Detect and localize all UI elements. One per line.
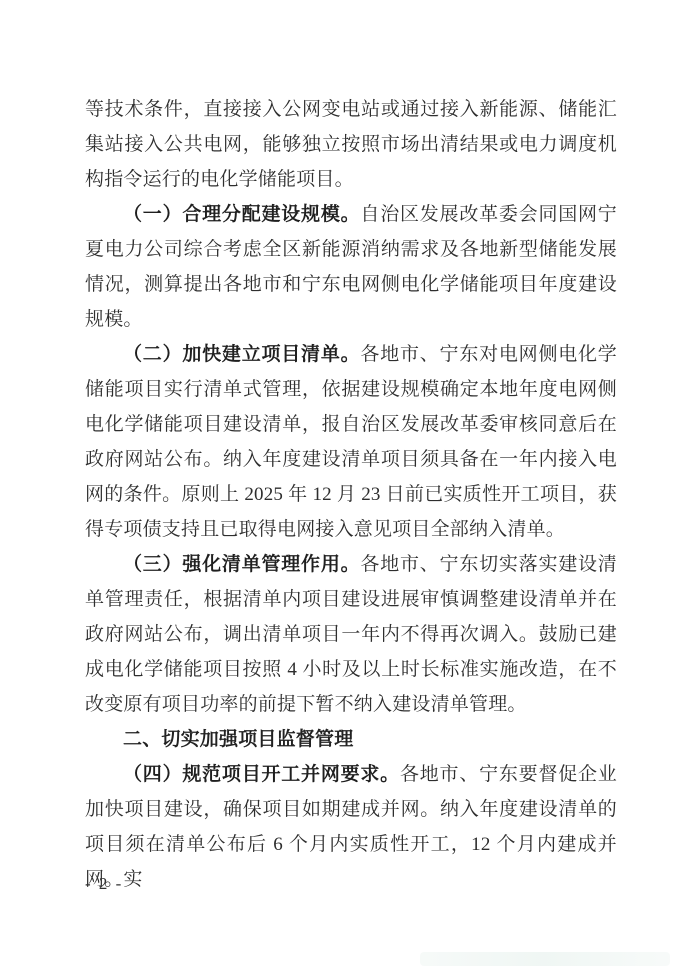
paragraph-lead: （三）强化清单管理作用。 (123, 554, 360, 575)
paragraph-item-3: （三）强化清单管理作用。各地市、宁东切实落实建设清单管理责任，根据清单内项目建设… (85, 547, 617, 722)
section-heading: 二、切实加强项目监督管理 (85, 722, 617, 757)
paragraph-text: 各地市、宁东对电网侧电化学储能项目实行清单式管理，依据建设规模确定本地年度电网侧… (85, 344, 617, 540)
paragraph-continuation: 等技术条件，直接接入公网变电站或通过接入新能源、储能汇集站接入公共电网，能够独立… (85, 92, 617, 197)
document-body: 等技术条件，直接接入公网变电站或通过接入新能源、储能汇集站接入公共电网，能够独立… (85, 92, 617, 897)
paragraph-lead: （四）规范项目开工并网要求。 (123, 764, 400, 785)
paragraph-item-2: （二）加快建立项目清单。各地市、宁东对电网侧电化学储能项目实行清单式管理，依据建… (85, 337, 617, 547)
scan-artifact (420, 952, 670, 966)
paragraph-text: 等技术条件，直接接入公网变电站或通过接入新能源、储能汇集站接入公共电网，能够独立… (85, 99, 617, 190)
document-page: 等技术条件，直接接入公网变电站或通过接入新能源、储能汇集站接入公共电网，能够独立… (0, 0, 692, 978)
paragraph-item-1: （一）合理分配建设规模。自治区发展改革委会同国网宁夏电力公司综合考虑全区新能源消… (85, 197, 617, 337)
paragraph-lead: （二）加快建立项目清单。 (123, 344, 360, 365)
paragraph-item-4: （四）规范项目开工并网要求。各地市、宁东要督促企业加快项目建设，确保项目如期建成… (85, 757, 617, 897)
paragraph-lead: （一）合理分配建设规模。 (123, 204, 360, 225)
paragraph-text: 各地市、宁东切实落实建设清单管理责任，根据清单内项目建设进展审慎调整建设清单并在… (85, 554, 617, 715)
page-number: - 2 - (85, 874, 123, 894)
